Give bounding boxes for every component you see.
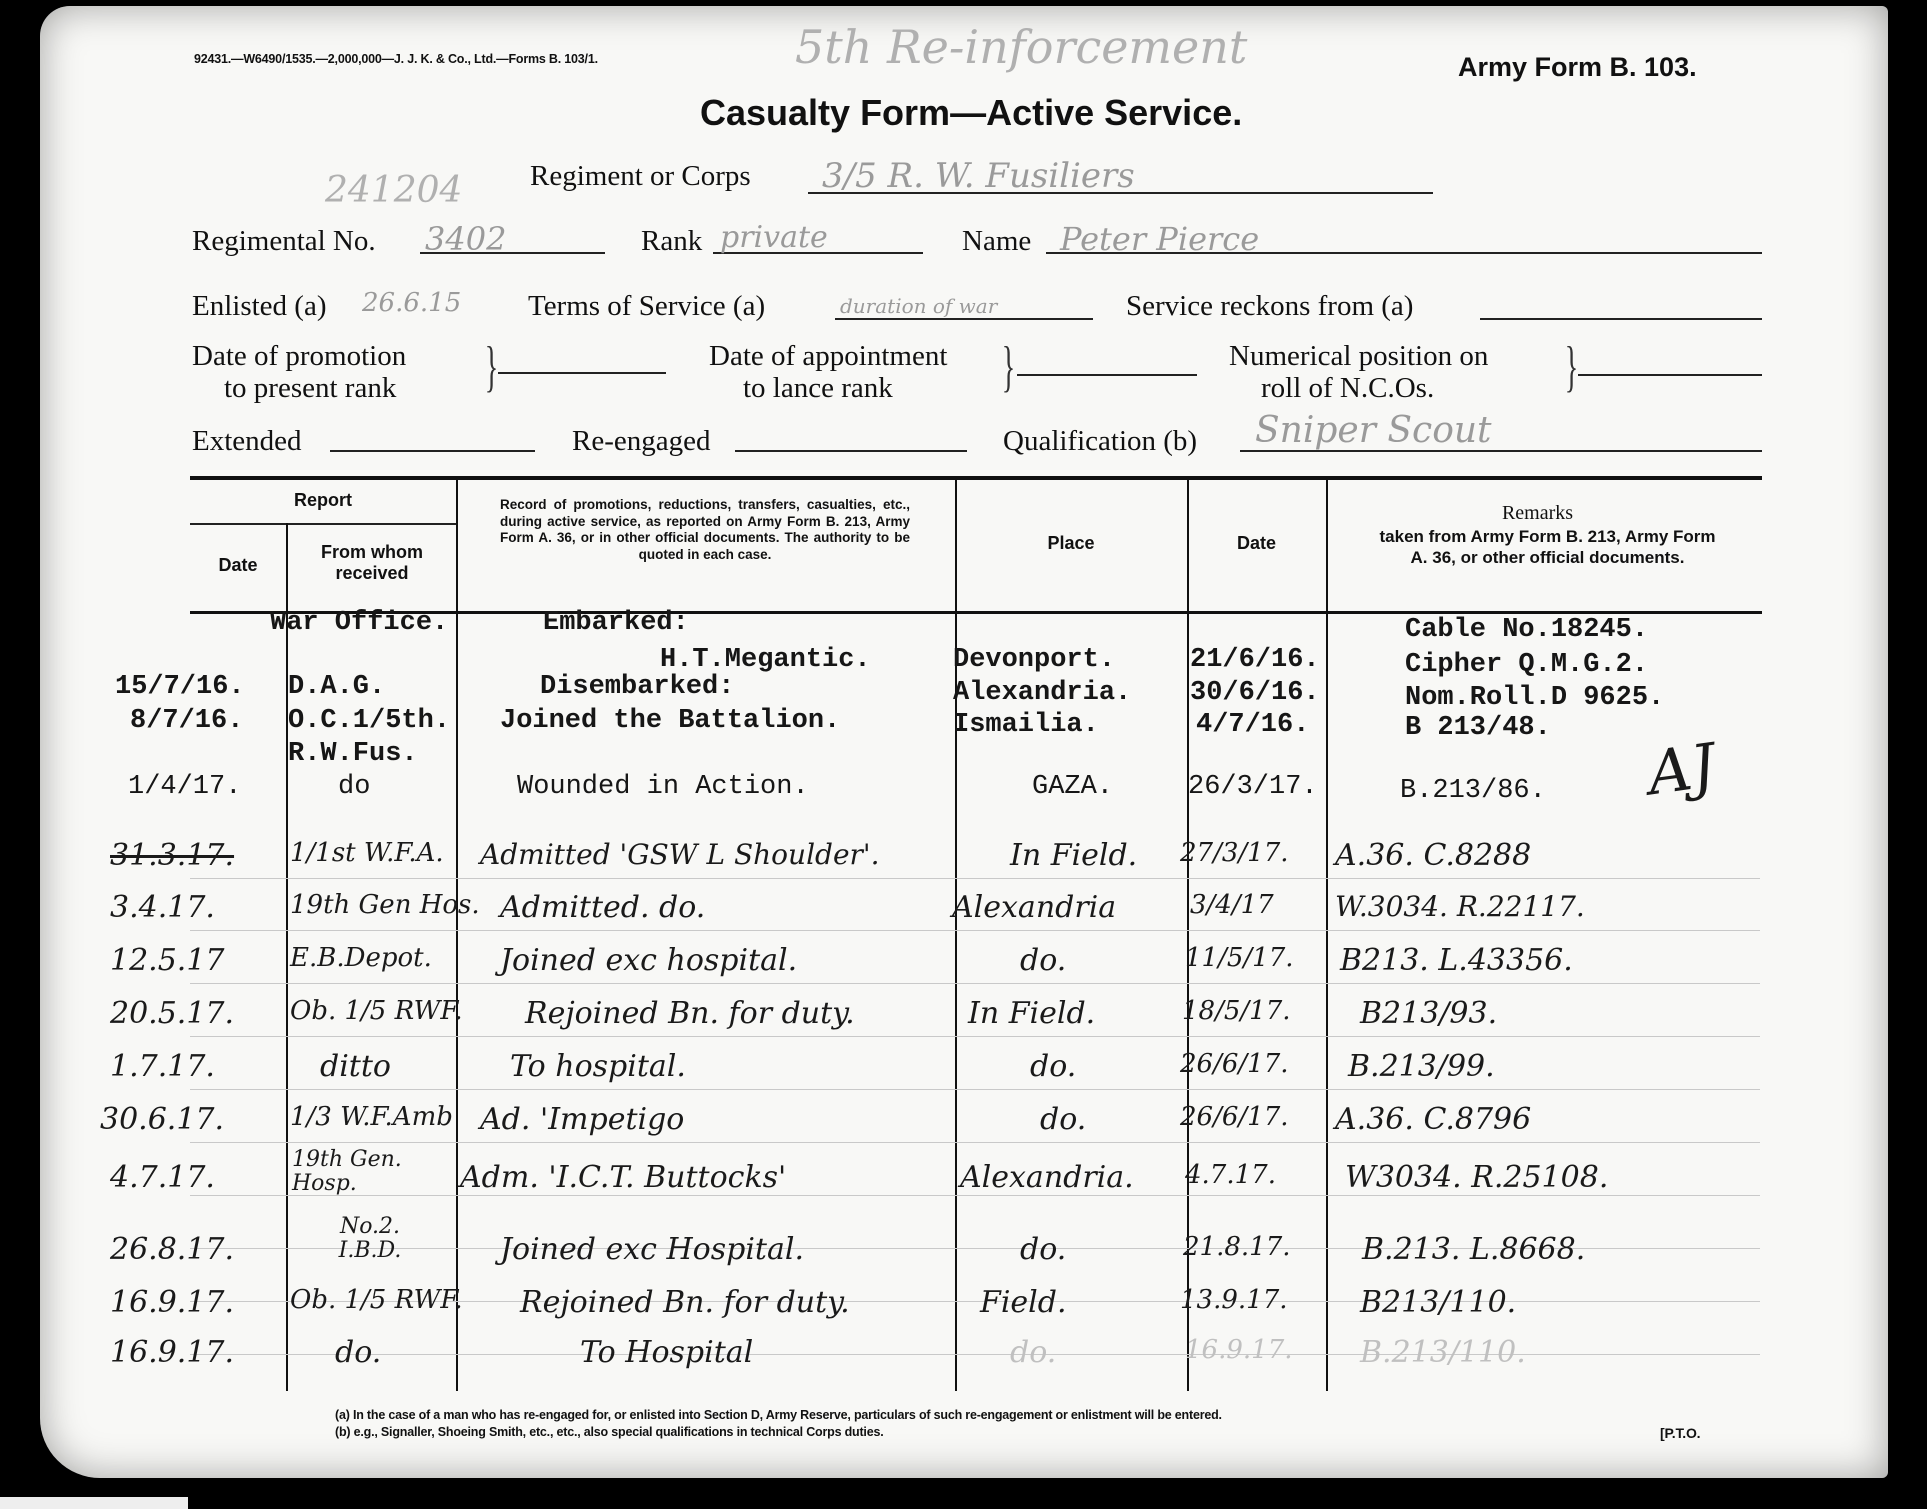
hand-row-1-date2: 27/3/17. bbox=[1180, 838, 1289, 868]
appointment-field[interactable] bbox=[1017, 374, 1197, 376]
name-label: Name bbox=[962, 225, 1031, 258]
numerical-label: Numerical position on roll of N.C.Os. bbox=[1229, 340, 1488, 404]
header-remarks-title: Remarks bbox=[1345, 503, 1730, 524]
hand-row-5-remarks: B.213/99. bbox=[1348, 1049, 1495, 1084]
typed-row-3-from: D.A.G. bbox=[288, 672, 385, 702]
table-top-rule bbox=[190, 476, 1762, 480]
extended-field[interactable] bbox=[330, 450, 535, 452]
ledger-line bbox=[190, 930, 1760, 931]
reengaged-field[interactable] bbox=[735, 450, 967, 452]
header-place: Place bbox=[955, 533, 1187, 554]
typed-row-4-date2: 4/7/16. bbox=[1196, 710, 1309, 740]
hand-row-3-date: 12.5.17 bbox=[110, 943, 225, 978]
typed-row-3-date2: 30/6/16. bbox=[1190, 678, 1320, 708]
form-number: Army Form B. 103. bbox=[1458, 52, 1697, 83]
typed-row-2-place: Devonport. bbox=[953, 645, 1115, 675]
numerical-label-line2: roll of N.C.Os. bbox=[1229, 372, 1488, 404]
hand-row-8-remarks: B.213. L.8668. bbox=[1362, 1232, 1585, 1267]
hand-row-4-date2: 18/5/17. bbox=[1182, 996, 1291, 1026]
appointment-label-line1: Date of appointment bbox=[709, 340, 947, 372]
hand-row-8-date: 26.8.17. bbox=[110, 1232, 234, 1267]
col-divider-date bbox=[286, 523, 288, 1391]
typed-row-3-date: 15/7/16. bbox=[115, 672, 245, 702]
terms-line bbox=[835, 318, 1093, 320]
hand-row-3-from: E.B.Depot. bbox=[290, 943, 432, 973]
brace: } bbox=[1565, 335, 1578, 399]
reckons-label: Service reckons from (a) bbox=[1126, 290, 1413, 323]
hand-row-7-place: Alexandria. bbox=[960, 1160, 1134, 1195]
hand-row-7-from: 19th Gen. Hosp. bbox=[292, 1148, 442, 1196]
typed-row-6-date: 1/4/17. bbox=[128, 772, 241, 802]
pencil-service-number: 241204 bbox=[325, 170, 462, 211]
typed-row-6-record: Wounded in Action. bbox=[517, 772, 809, 802]
hand-row-9-place: Field. bbox=[980, 1285, 1067, 1320]
hand-row-10-date2: 16.9.17. bbox=[1185, 1335, 1293, 1365]
typed-row-1-from: War Office. bbox=[270, 608, 448, 638]
typed-row-6-date2: 26/3/17. bbox=[1188, 772, 1318, 802]
hand-row-10-date: 16.9.17. bbox=[110, 1335, 234, 1370]
terms-field[interactable]: duration of war bbox=[840, 294, 997, 318]
rank-label: Rank bbox=[641, 225, 702, 258]
hand-row-2-from: 19th Gen Hos. bbox=[290, 890, 480, 920]
hand-row-6-date2: 26/6/17. bbox=[1180, 1102, 1289, 1132]
typed-row-4-date: 8/7/16. bbox=[130, 706, 243, 736]
typed-row-6-remarks: B.213/86. bbox=[1400, 776, 1546, 806]
page-title: Casualty Form—Active Service. bbox=[700, 92, 1242, 134]
hand-row-2-date2: 3/4/17 bbox=[1190, 890, 1274, 920]
typed-row-2-record: H.T.Megantic. bbox=[660, 645, 871, 675]
hand-row-6-remarks: A.36. C.8796 bbox=[1335, 1102, 1531, 1137]
footnote-b: (b) e.g., Signaller, Shoeing Smith, etc.… bbox=[335, 1425, 883, 1439]
enlisted-field[interactable]: 26.6.15 bbox=[362, 288, 461, 318]
hand-row-10-remarks: B.213/110. bbox=[1360, 1335, 1526, 1370]
typed-row-3-record: Disembarked: bbox=[540, 672, 734, 702]
promotion-label: Date of promotion to present rank bbox=[192, 340, 406, 404]
typed-row-1-remarks: Cable No.18245. bbox=[1405, 615, 1648, 645]
header-remarks: taken from Army Form B. 213, Army Form A… bbox=[1370, 526, 1725, 568]
typed-row-4-record: Joined the Battalion. bbox=[500, 706, 840, 736]
ledger-line bbox=[190, 983, 1760, 984]
typed-row-6-from: do bbox=[338, 772, 370, 802]
extended-label: Extended bbox=[192, 425, 302, 458]
brace: } bbox=[485, 335, 498, 399]
hand-row-3-place: do. bbox=[1020, 943, 1066, 978]
hand-row-7-date2: 4.7.17. bbox=[1185, 1160, 1276, 1190]
initials-signature: AJ bbox=[1643, 731, 1719, 810]
ledger-line bbox=[190, 1036, 1760, 1037]
hand-row-2-remarks: W.3034. R.22117. bbox=[1335, 890, 1585, 923]
ledger-line bbox=[190, 1142, 1760, 1143]
scan-edge bbox=[0, 1497, 188, 1509]
hand-row-1-record: Admitted 'GSW L Shoulder'. bbox=[480, 838, 880, 871]
typed-row-4-from: O.C.1/5th. bbox=[288, 706, 450, 736]
hand-row-1-place: In Field. bbox=[1010, 838, 1137, 873]
hand-row-7-record: Adm. 'I.C.T. Buttocks' bbox=[460, 1160, 786, 1195]
rank-field[interactable]: private bbox=[720, 220, 828, 255]
hand-row-5-from: ditto bbox=[320, 1049, 391, 1084]
reengaged-label: Re-engaged bbox=[572, 425, 711, 458]
typed-row-3-remarks: Nom.Roll.D 9625. bbox=[1405, 683, 1664, 713]
hand-row-5-date2: 26/6/17. bbox=[1180, 1049, 1289, 1079]
qualification-field[interactable]: Sniper Scout bbox=[1255, 410, 1492, 451]
typed-row-4-place: Ismailia. bbox=[953, 710, 1099, 740]
header-date2: Date bbox=[1187, 533, 1326, 554]
brace: } bbox=[1002, 335, 1015, 399]
hand-row-6-place: do. bbox=[1040, 1102, 1086, 1137]
hand-row-8-date2: 21.8.17. bbox=[1183, 1232, 1291, 1262]
ledger-line bbox=[190, 1089, 1760, 1090]
typed-row-5-from: R.W.Fus. bbox=[288, 739, 418, 769]
hand-row-1-from: 1/1st W.F.A. bbox=[290, 838, 444, 868]
hand-row-4-place: In Field. bbox=[968, 996, 1095, 1031]
enlisted-label: Enlisted (a) bbox=[192, 290, 326, 323]
numerical-label-line1: Numerical position on bbox=[1229, 340, 1488, 372]
pto-marker: [P.T.O. bbox=[1660, 1425, 1700, 1441]
typed-row-6-place: GAZA. bbox=[1032, 772, 1113, 802]
regimental-no-label: Regimental No. bbox=[192, 225, 376, 258]
hand-row-10-record: To Hospital bbox=[580, 1335, 753, 1370]
col-divider-record bbox=[955, 480, 957, 1391]
hand-row-4-date: 20.5.17. bbox=[110, 996, 234, 1031]
col-divider-date2 bbox=[1326, 480, 1328, 1391]
terms-label: Terms of Service (a) bbox=[528, 290, 765, 323]
typed-row-2-date: 21/6/16. bbox=[1190, 645, 1320, 675]
hand-row-9-date: 16.9.17. bbox=[110, 1285, 234, 1320]
hand-row-10-from: do. bbox=[335, 1335, 381, 1370]
hand-row-9-remarks: B213/110. bbox=[1360, 1285, 1516, 1320]
print-code: 92431.—W6490/1535.—2,000,000—J. J. K. & … bbox=[194, 52, 598, 66]
header-date: Date bbox=[190, 555, 286, 576]
reckons-line bbox=[1480, 318, 1762, 320]
hand-row-7-date: 4.7.17. bbox=[110, 1160, 215, 1195]
hand-row-9-date2: 13.9.17. bbox=[1180, 1285, 1288, 1315]
footnote-a: (a) In the case of a man who has re-enga… bbox=[335, 1408, 1222, 1422]
pencil-note-reinforcement: 5th Re-inforcement bbox=[795, 20, 1247, 74]
regiment-label: Regiment or Corps bbox=[530, 160, 751, 193]
promotion-field[interactable] bbox=[498, 372, 666, 374]
promotion-label-line2: to present rank bbox=[192, 372, 406, 404]
name-field[interactable]: Peter Pierce bbox=[1060, 220, 1259, 258]
col-divider-from bbox=[456, 480, 458, 1391]
hand-row-1-date: 31.3.17. bbox=[110, 838, 234, 873]
hand-row-4-from: Ob. 1/5 RWF. bbox=[290, 996, 463, 1026]
numerical-field[interactable] bbox=[1578, 374, 1762, 376]
hand-row-9-from: Ob. 1/5 RWF. bbox=[290, 1285, 463, 1315]
typed-row-4-remarks: B 213/48. bbox=[1405, 713, 1551, 743]
typed-row-1-record: Embarked: bbox=[543, 608, 689, 638]
appointment-label: Date of appointment to lance rank bbox=[709, 340, 947, 404]
hand-row-5-record: To hospital. bbox=[510, 1049, 686, 1084]
hand-row-2-date: 3.4.17. bbox=[110, 890, 215, 925]
hand-row-4-remarks: B213/93. bbox=[1360, 996, 1497, 1031]
hand-row-1-remarks: A.36. C.8288 bbox=[1335, 838, 1531, 873]
header-from-whom: From whom received bbox=[296, 542, 448, 584]
header-record: Record of promotions, reductions, transf… bbox=[500, 497, 910, 563]
header-report: Report bbox=[190, 490, 456, 511]
ledger-line bbox=[190, 878, 1760, 879]
hand-row-3-date2: 11/5/17. bbox=[1185, 943, 1294, 973]
typed-row-2-remarks: Cipher Q.M.G.2. bbox=[1405, 650, 1648, 680]
hand-row-4-record: Rejoined Bn. for duty. bbox=[525, 996, 855, 1031]
hand-row-2-place: Alexandria bbox=[952, 890, 1116, 925]
regiment-field[interactable]: 3/5 R. W. Fusiliers bbox=[822, 156, 1135, 196]
typed-row-3-place: Alexandria. bbox=[953, 678, 1131, 708]
hand-row-9-record: Rejoined Bn. for duty. bbox=[520, 1285, 850, 1320]
hand-row-8-record: Joined exc Hospital. bbox=[500, 1232, 804, 1267]
hand-row-3-record: Joined exc hospital. bbox=[500, 943, 797, 978]
hand-row-6-date: 30.6.17. bbox=[100, 1102, 224, 1137]
hand-row-3-remarks: B213. L.43356. bbox=[1340, 943, 1573, 978]
qualification-label: Qualification (b) bbox=[1003, 425, 1197, 458]
hand-row-10-place: do. bbox=[1010, 1335, 1056, 1370]
hand-row-5-place: do. bbox=[1030, 1049, 1076, 1084]
hand-row-6-record: Ad. 'Impetigo bbox=[480, 1102, 684, 1137]
report-subheader-rule bbox=[190, 523, 456, 525]
hand-row-8-place: do. bbox=[1020, 1232, 1066, 1267]
hand-row-8-from: No.2. I.B.D. bbox=[310, 1215, 430, 1263]
appointment-label-line2: to lance rank bbox=[709, 372, 947, 404]
promotion-label-line1: Date of promotion bbox=[192, 340, 406, 372]
hand-row-7-remarks: W3034. R.25108. bbox=[1345, 1160, 1608, 1195]
hand-row-5-date: 1.7.17. bbox=[110, 1049, 215, 1084]
hand-row-2-record: Admitted. do. bbox=[500, 890, 705, 925]
hand-row-6-from: 1/3 W.F.Amb bbox=[290, 1102, 453, 1132]
regimental-no-field[interactable]: 3402 bbox=[425, 220, 506, 258]
